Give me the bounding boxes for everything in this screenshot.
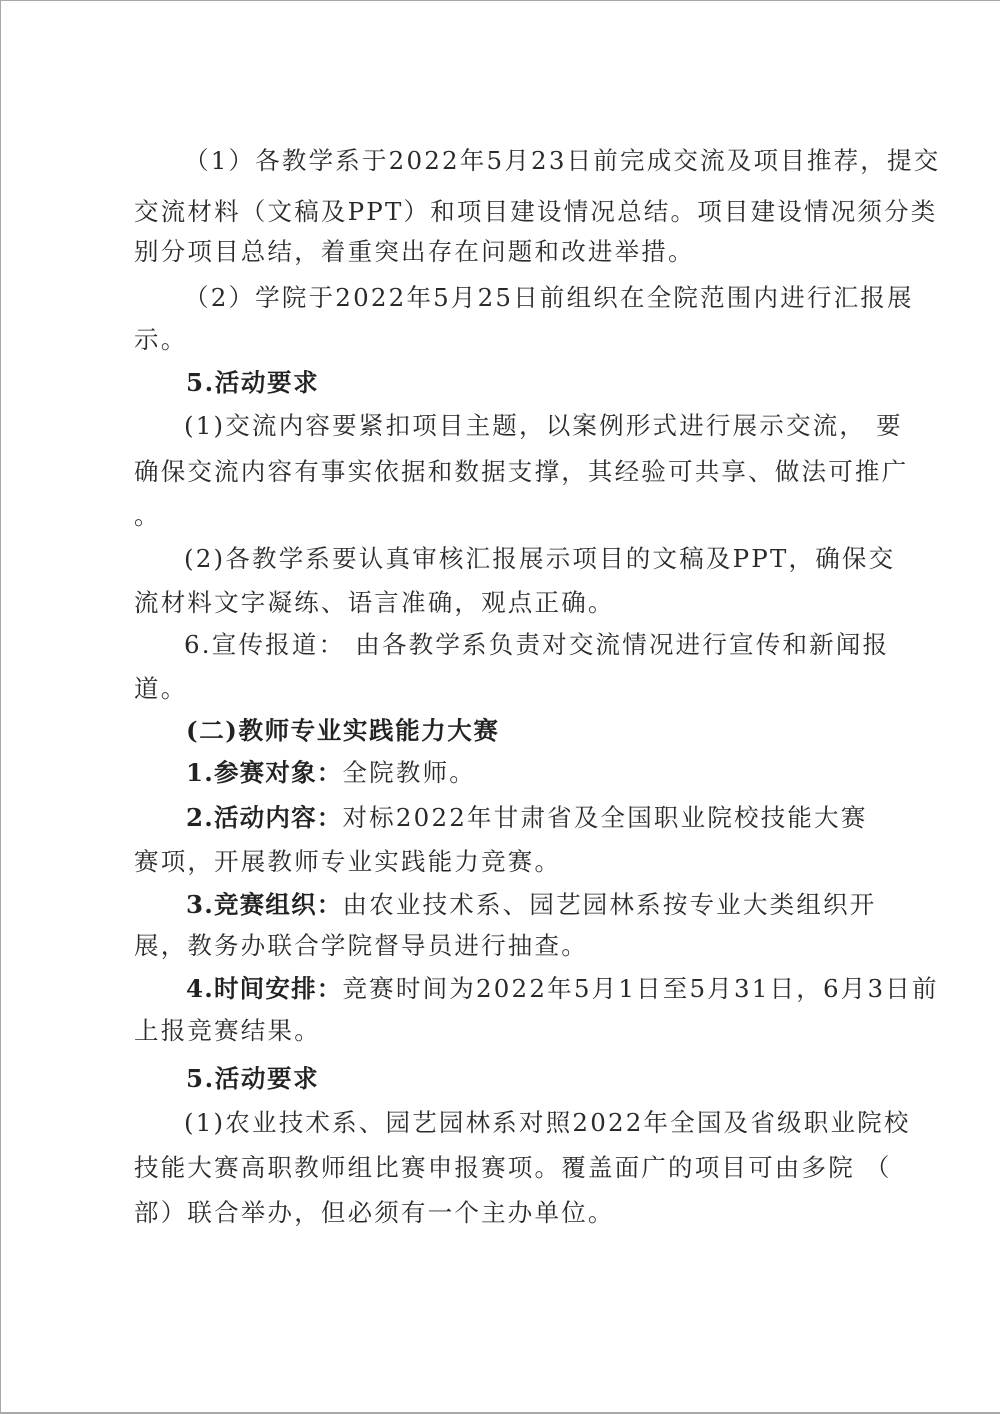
- item-label: 2.活动内容：: [186, 803, 342, 832]
- item-text: 由农业技术系、园艺园林系按专业大类组织开: [342, 890, 876, 919]
- document-page: （1）各教学系于2022年5月23日前完成交流及项目推荐，提交 交流材料（文稿及…: [0, 0, 1000, 1414]
- item-label: 1.参赛对象：: [186, 758, 342, 787]
- item-label: 3.竞赛组织：: [186, 890, 342, 919]
- item-text: 对标2022年甘肃省及全国职业院校技能大赛: [342, 803, 867, 832]
- paragraph-line: 交流材料（文稿及PPT）和项目建设情况总结。项目建设情况须分类: [134, 197, 938, 227]
- labeled-item: 4.时间安排：竞赛时间为2022年5月1日至5月31日，6月3日前: [186, 974, 939, 1004]
- paragraph-line: 确保交流内容有事实依据和数据支撑，其经验可共享、做法可推广: [134, 457, 908, 487]
- paragraph-line: (1)交流内容要紧扣项目主题，以案例形式进行展示交流， 要: [184, 411, 903, 441]
- paragraph-line: 道。: [134, 674, 187, 704]
- paragraph-line: (2)各教学系要认真审核汇报展示项目的文稿及PPT，确保交: [184, 544, 895, 574]
- paragraph-line: 流材料文字凝练、语言准确，观点正确。: [134, 588, 615, 618]
- section-heading: 5.活动要求: [186, 368, 319, 398]
- paragraph-line: 示。: [134, 325, 187, 355]
- item-text: 竞赛时间为2022年5月1日至5月31日，6月3日前: [342, 974, 938, 1003]
- labeled-item: 3.竞赛组织：由农业技术系、园艺园林系按专业大类组织开: [186, 890, 876, 920]
- paragraph-line: 赛项，开展教师专业实践能力竞赛。: [134, 847, 561, 877]
- section-heading: (二)教师专业实践能力大赛: [186, 716, 499, 746]
- item-label: 4.时间安排：: [186, 974, 342, 1003]
- paragraph-line: 。: [134, 501, 161, 531]
- paragraph-line: （2）学院于2022年5月25日前组织在全院范围内进行汇报展: [184, 283, 914, 313]
- paragraph-line: 上报竞赛结果。: [134, 1016, 321, 1046]
- section-heading: 5.活动要求: [186, 1064, 319, 1094]
- paragraph-line: 部）联合举办，但必须有一个主办单位。: [134, 1198, 615, 1228]
- paragraph-line: 6.宣传报道： 由各教学系负责对交流情况进行宣传和新闻报: [184, 630, 889, 660]
- paragraph-line: 别分项目总结，着重突出存在问题和改进举措。: [134, 237, 695, 267]
- paragraph-line: (1)农业技术系、园艺园林系对照2022年全国及省级职业院校: [184, 1108, 911, 1138]
- labeled-item: 1.参赛对象：全院教师。: [186, 758, 476, 788]
- paragraph-line: 展，教务办联合学院督导员进行抽查。: [134, 931, 588, 961]
- paragraph-line: 技能大赛高职教师组比赛申报赛项。覆盖面广的项目可由多院 （: [134, 1153, 892, 1183]
- labeled-item: 2.活动内容：对标2022年甘肃省及全国职业院校技能大赛: [186, 803, 868, 833]
- item-text: 全院教师。: [342, 758, 476, 787]
- paragraph-line: （1）各教学系于2022年5月23日前完成交流及项目推荐，提交: [184, 146, 940, 176]
